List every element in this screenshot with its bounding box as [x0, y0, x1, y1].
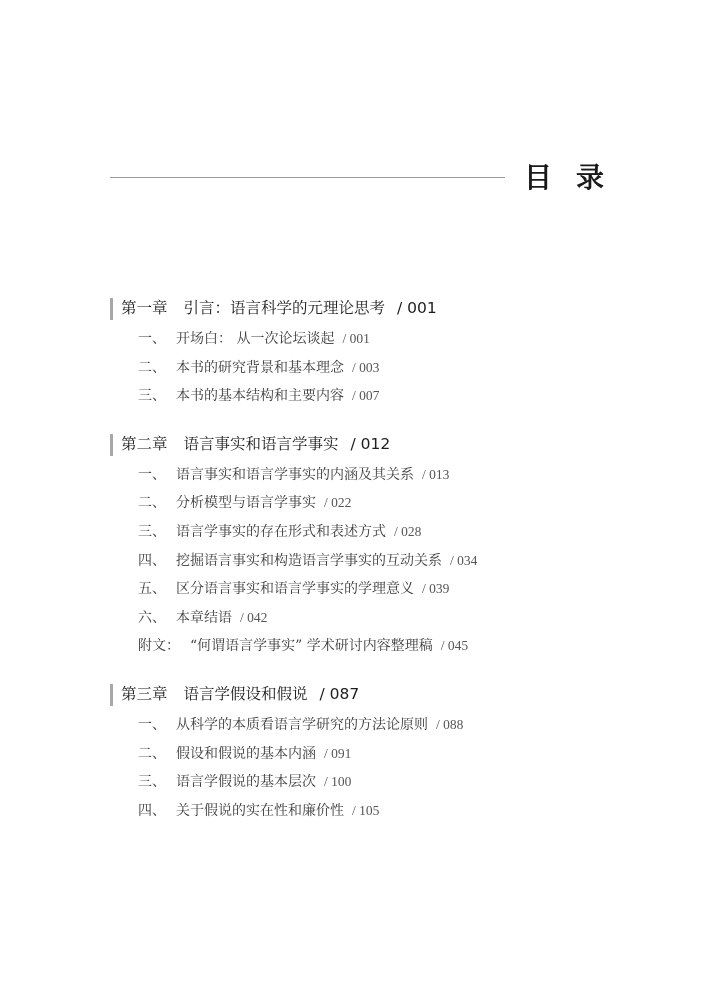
item-number: 五、 [138, 575, 176, 604]
toc-item[interactable]: 三、语言学事实的存在形式和表述方式/ 028 [110, 518, 630, 547]
page-title: 目录 [524, 158, 628, 198]
chapter-heading[interactable]: 第二章语言事实和语言学事实/ 012 [110, 431, 630, 457]
item-page: / 001 [342, 331, 369, 346]
chapter-page: / 087 [320, 685, 360, 703]
item-title: 语言学事实的存在形式和表述方式 [176, 524, 386, 540]
chapter-bar [110, 298, 113, 320]
item-title: 本书的研究背景和基本理念 [176, 360, 344, 376]
item-page: / 013 [422, 467, 449, 482]
item-number: 三、 [138, 768, 176, 797]
item-number: 三、 [138, 382, 176, 411]
toc-item[interactable]: 三、本书的基本结构和主要内容/ 007 [110, 382, 630, 411]
item-title: 假设和假说的基本内涵 [176, 746, 316, 762]
toc-item[interactable]: 五、区分语言事实和语言学事实的学理意义/ 039 [110, 575, 630, 604]
toc-header: 目录 [110, 158, 610, 198]
table-of-contents: 第一章引言：语言科学的元理论思考/ 001 一、开场白： 从一次论坛谈起/ 00… [110, 295, 630, 845]
item-page: / 045 [441, 638, 468, 653]
chapter-title: 语言学假设和假说 [184, 685, 308, 703]
item-title: 挖掘语言事实和构造语言学事实的互动关系 [176, 553, 442, 569]
item-page: / 034 [450, 553, 477, 568]
item-number: 四、 [138, 547, 176, 576]
item-title: 本章结语 [176, 610, 232, 626]
item-title: 本书的基本结构和主要内容 [176, 388, 344, 404]
item-number: 二、 [138, 354, 176, 383]
item-page: / 022 [324, 495, 351, 510]
toc-item[interactable]: 四、关于假说的实在性和廉价性/ 105 [110, 797, 630, 826]
toc-item[interactable]: 一、从科学的本质看语言学研究的方法论原则/ 088 [110, 711, 630, 740]
chapter-number: 第二章 [121, 431, 168, 457]
chapter-title: 语言事实和语言学事实 [184, 435, 339, 453]
item-page: / 100 [324, 774, 351, 789]
item-title: “何谓语言学事实” 学术研讨内容整理稿 [190, 638, 433, 654]
item-page: / 007 [352, 388, 379, 403]
item-title: 语言学假说的基本层次 [176, 774, 316, 790]
item-title: 关于假说的实在性和廉价性 [176, 803, 344, 819]
chapter-page: / 001 [397, 299, 437, 317]
toc-item[interactable]: 三、语言学假说的基本层次/ 100 [110, 768, 630, 797]
toc-item[interactable]: 二、本书的研究背景和基本理念/ 003 [110, 354, 630, 383]
item-title: 开场白： 从一次论坛谈起 [176, 331, 334, 347]
item-number: 附文： [138, 632, 180, 661]
chapter-1: 第一章引言：语言科学的元理论思考/ 001 一、开场白： 从一次论坛谈起/ 00… [110, 295, 630, 411]
chapter-number: 第三章 [121, 681, 168, 707]
item-page: / 105 [352, 803, 379, 818]
item-page: / 039 [422, 581, 449, 596]
chapter-bar [110, 434, 113, 456]
item-title: 区分语言事实和语言学事实的学理意义 [176, 581, 414, 597]
item-page: / 091 [324, 746, 351, 761]
toc-item[interactable]: 一、语言事实和语言学事实的内涵及其关系/ 013 [110, 461, 630, 490]
toc-item[interactable]: 二、假设和假说的基本内涵/ 091 [110, 740, 630, 769]
item-page: / 028 [394, 524, 421, 539]
toc-item[interactable]: 一、开场白： 从一次论坛谈起/ 001 [110, 325, 630, 354]
item-number: 二、 [138, 489, 176, 518]
item-page: / 088 [436, 717, 463, 732]
toc-item[interactable]: 二、分析模型与语言学事实/ 022 [110, 489, 630, 518]
item-page: / 042 [240, 610, 267, 625]
chapter-page: / 012 [351, 435, 391, 453]
chapter-2: 第二章语言事实和语言学事实/ 012 一、语言事实和语言学事实的内涵及其关系/ … [110, 431, 630, 661]
header-rule [110, 177, 505, 178]
item-number: 四、 [138, 797, 176, 826]
toc-item[interactable]: 六、本章结语/ 042 [110, 604, 630, 633]
item-title: 分析模型与语言学事实 [176, 495, 316, 511]
chapter-title: 引言：语言科学的元理论思考 [184, 299, 386, 317]
chapter-heading[interactable]: 第一章引言：语言科学的元理论思考/ 001 [110, 295, 630, 321]
chapter-3: 第三章语言学假设和假说/ 087 一、从科学的本质看语言学研究的方法论原则/ 0… [110, 681, 630, 825]
toc-item[interactable]: 四、挖掘语言事实和构造语言学事实的互动关系/ 034 [110, 547, 630, 576]
chapter-heading[interactable]: 第三章语言学假设和假说/ 087 [110, 681, 630, 707]
chapter-number: 第一章 [121, 295, 168, 321]
toc-item-appendix[interactable]: 附文：“何谓语言学事实” 学术研讨内容整理稿/ 045 [110, 632, 630, 661]
item-number: 一、 [138, 325, 176, 354]
item-title: 从科学的本质看语言学研究的方法论原则 [176, 717, 428, 733]
item-number: 三、 [138, 518, 176, 547]
item-number: 六、 [138, 604, 176, 633]
item-number: 一、 [138, 711, 176, 740]
item-page: / 003 [352, 360, 379, 375]
item-title: 语言事实和语言学事实的内涵及其关系 [176, 467, 414, 483]
item-number: 二、 [138, 740, 176, 769]
chapter-bar [110, 684, 113, 706]
item-number: 一、 [138, 461, 176, 490]
